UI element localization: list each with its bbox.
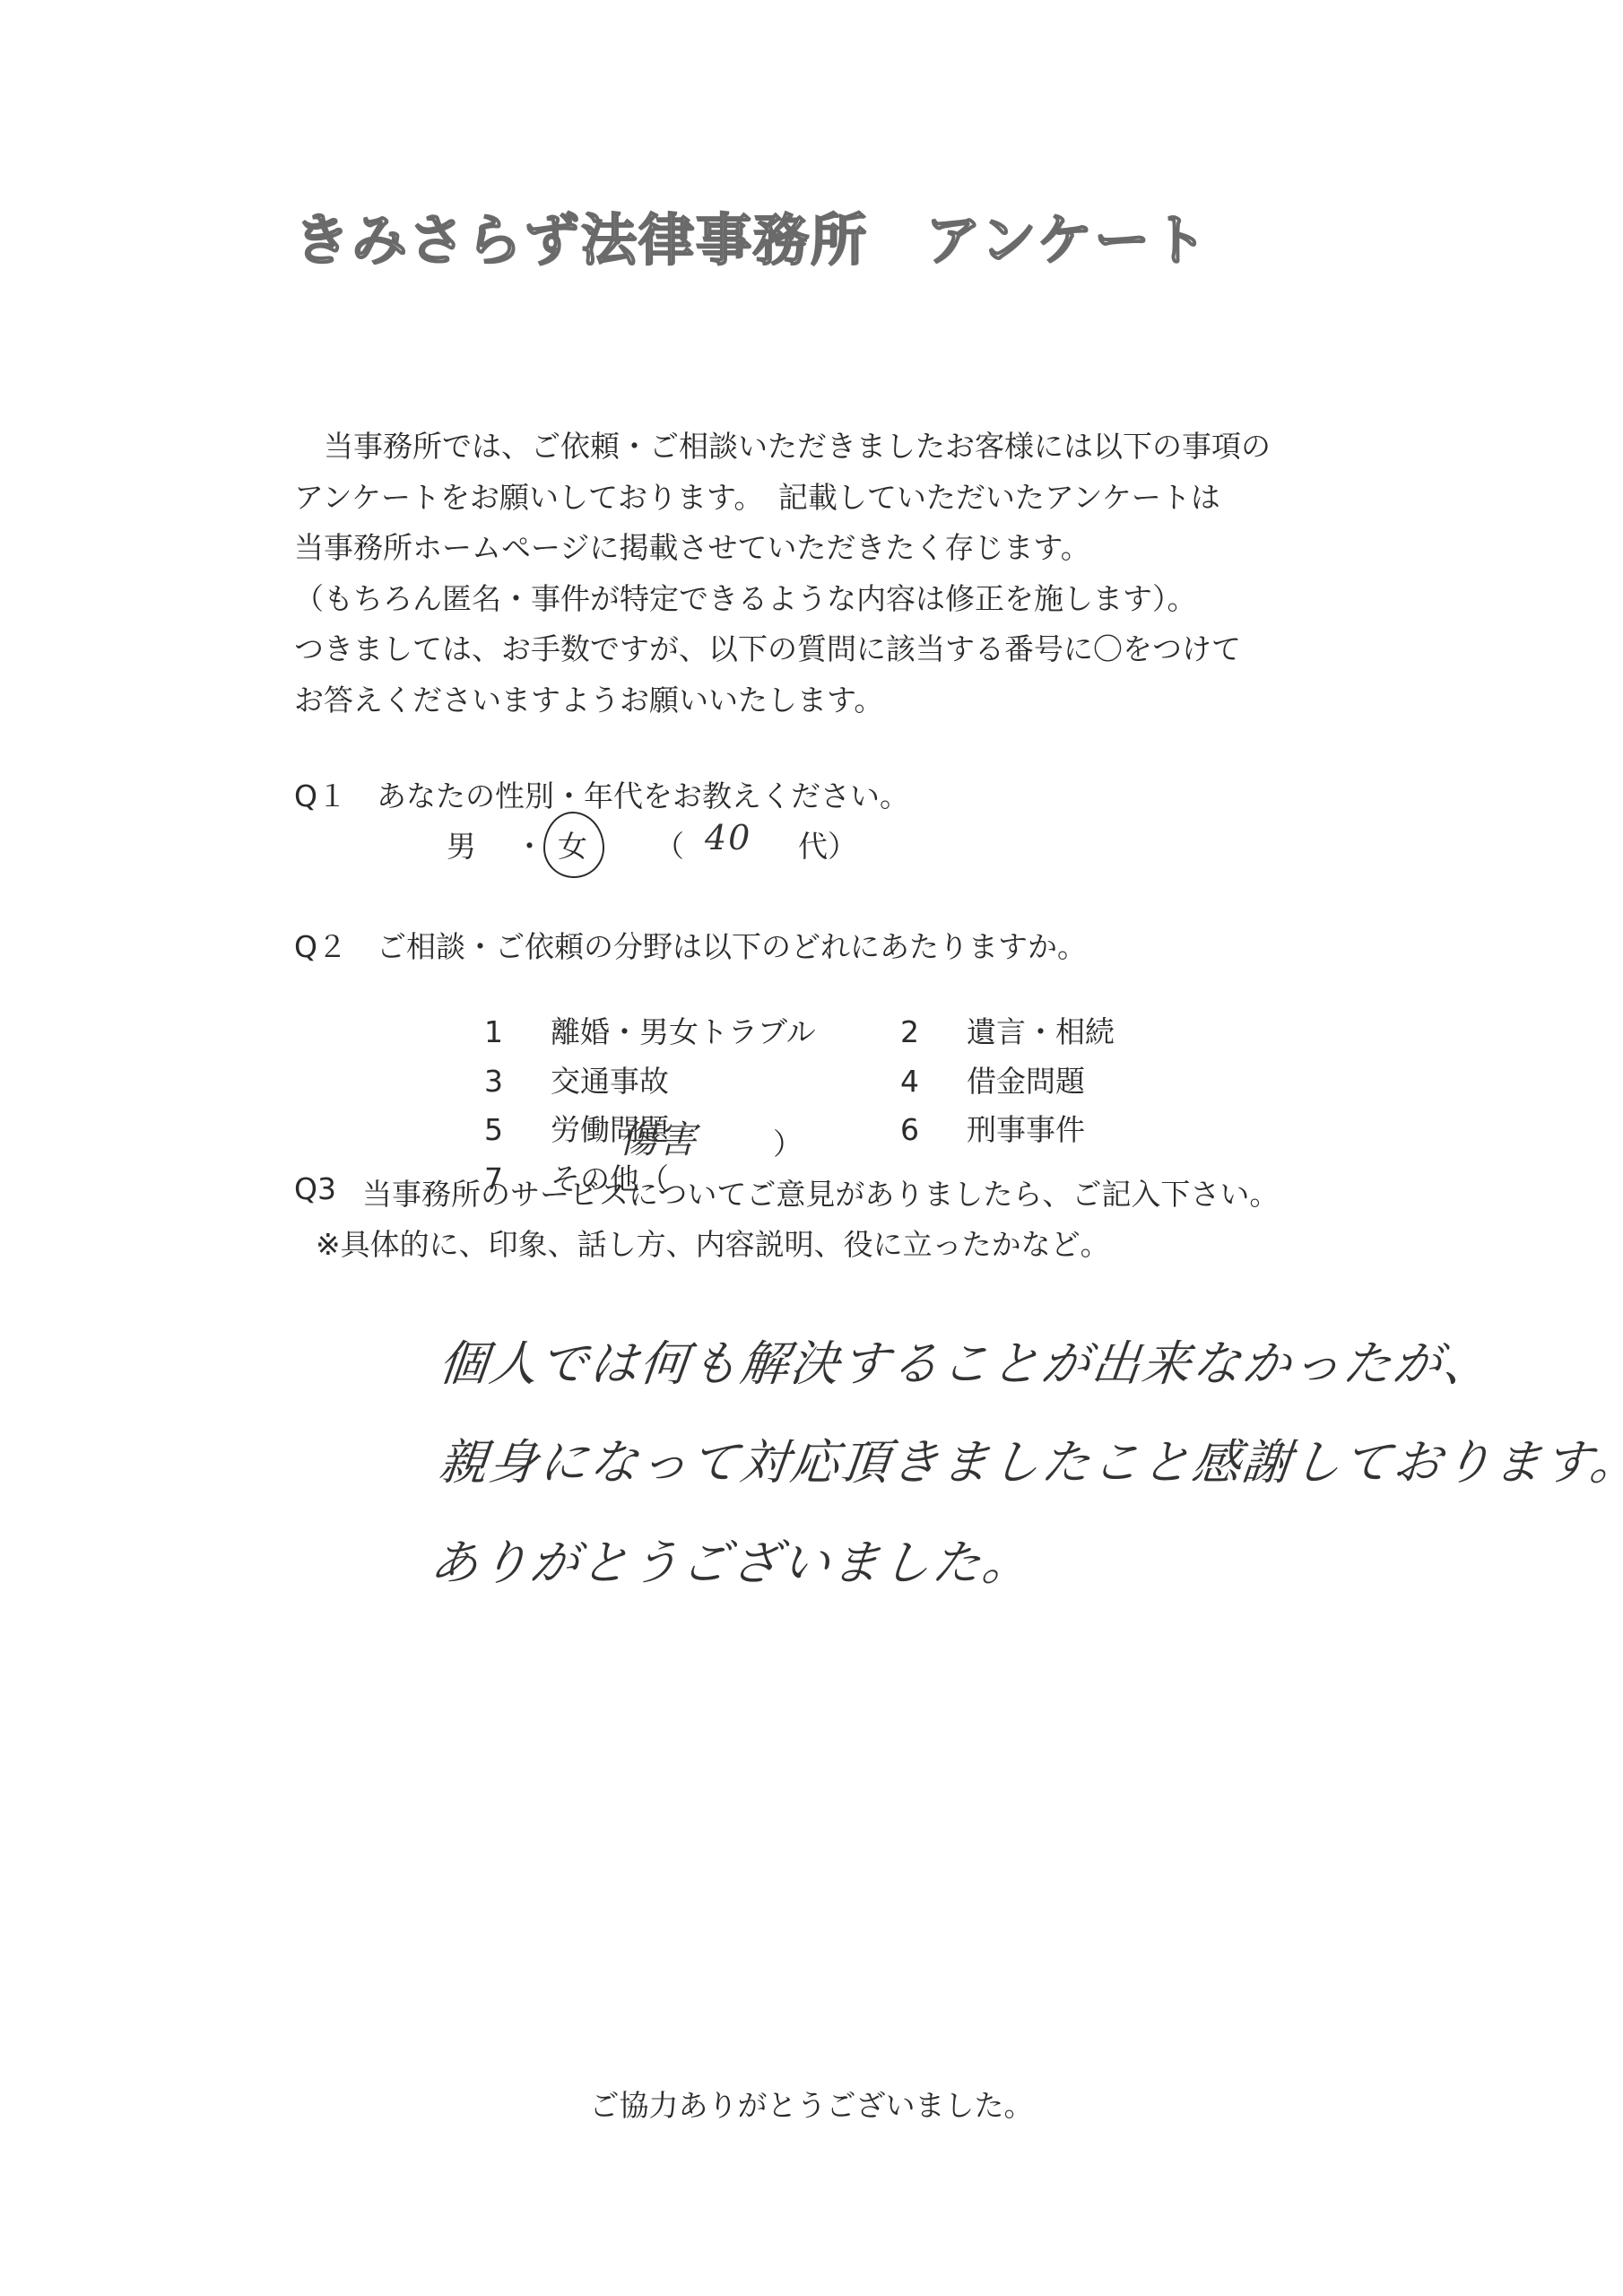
footer-thanks: ご協力ありがとうございました。: [0, 2083, 1623, 2125]
q1-age-close: 代）: [798, 823, 857, 865]
intro-line: 当事務所ホームページに掲載させていただきたく存じます。: [294, 523, 1271, 574]
intro-paragraph: 当事務所では、ご依頼・ご相談いただきましたお客様には以下の事項の アンケートをお…: [294, 422, 1271, 726]
q1-gender-male: 男: [447, 823, 476, 865]
q2-other-close: ）: [773, 1121, 803, 1163]
survey-title: きみさらず法律事務所 アンケート: [294, 196, 1209, 275]
q2-question: ご相談・ご依頼の分野は以下のどれにあたりますか。: [377, 924, 1087, 966]
intro-line: お答えくださいますようお願いいたします。: [294, 675, 1271, 726]
q3-handwritten-line: ありがとうございました。: [427, 1525, 1037, 1594]
q3-label: Q3: [294, 1171, 336, 1206]
q3-question: 当事務所のサービスについてご意見がありましたら、ご記入下さい。: [362, 1171, 1279, 1213]
q1-gender-separator: ・: [515, 823, 544, 865]
q1-question: あなたの性別・年代をお教えください。: [377, 773, 909, 815]
intro-line: 当事務所では、ご依頼・ご相談いただきましたお客様には以下の事項の: [294, 422, 1271, 473]
q3-handwritten-line: 親身になって対応頂きましたこと感謝しております。: [436, 1424, 1623, 1493]
option-label: 刑事事件: [967, 1112, 1085, 1147]
survey-page: きみさらず法律事務所 アンケート 当事務所では、ご依頼・ご相談いただきましたお客…: [0, 0, 1623, 2296]
intro-line: アンケートをお願いしております。 記載していただいたアンケートは: [294, 473, 1271, 524]
q3-note: ※具体的に、印象、話し方、内容説明、役に立ったかなど。: [316, 1222, 1110, 1264]
option-number: 6: [900, 1112, 967, 1147]
intro-line: （もちろん匿名・事件が特定できるような内容は修正を施します）。: [294, 574, 1271, 625]
q1-gender-female: 女: [558, 823, 587, 865]
q3-handwritten-line: 個人では何も解決することが出来なかったが、: [436, 1326, 1497, 1395]
q2-other-handwritten: 傷害: [619, 1110, 698, 1164]
q2-option-6: 6刑事事件: [863, 1072, 1085, 1184]
q1-label: Q１: [294, 773, 347, 815]
q1-age-handwritten: 40: [705, 818, 751, 857]
intro-line: つきましては、お手数ですが、以下の質問に該当する番号に〇をつけて: [294, 624, 1271, 675]
q2-label: Q２: [294, 924, 347, 966]
q1-age-open: （: [655, 823, 684, 865]
